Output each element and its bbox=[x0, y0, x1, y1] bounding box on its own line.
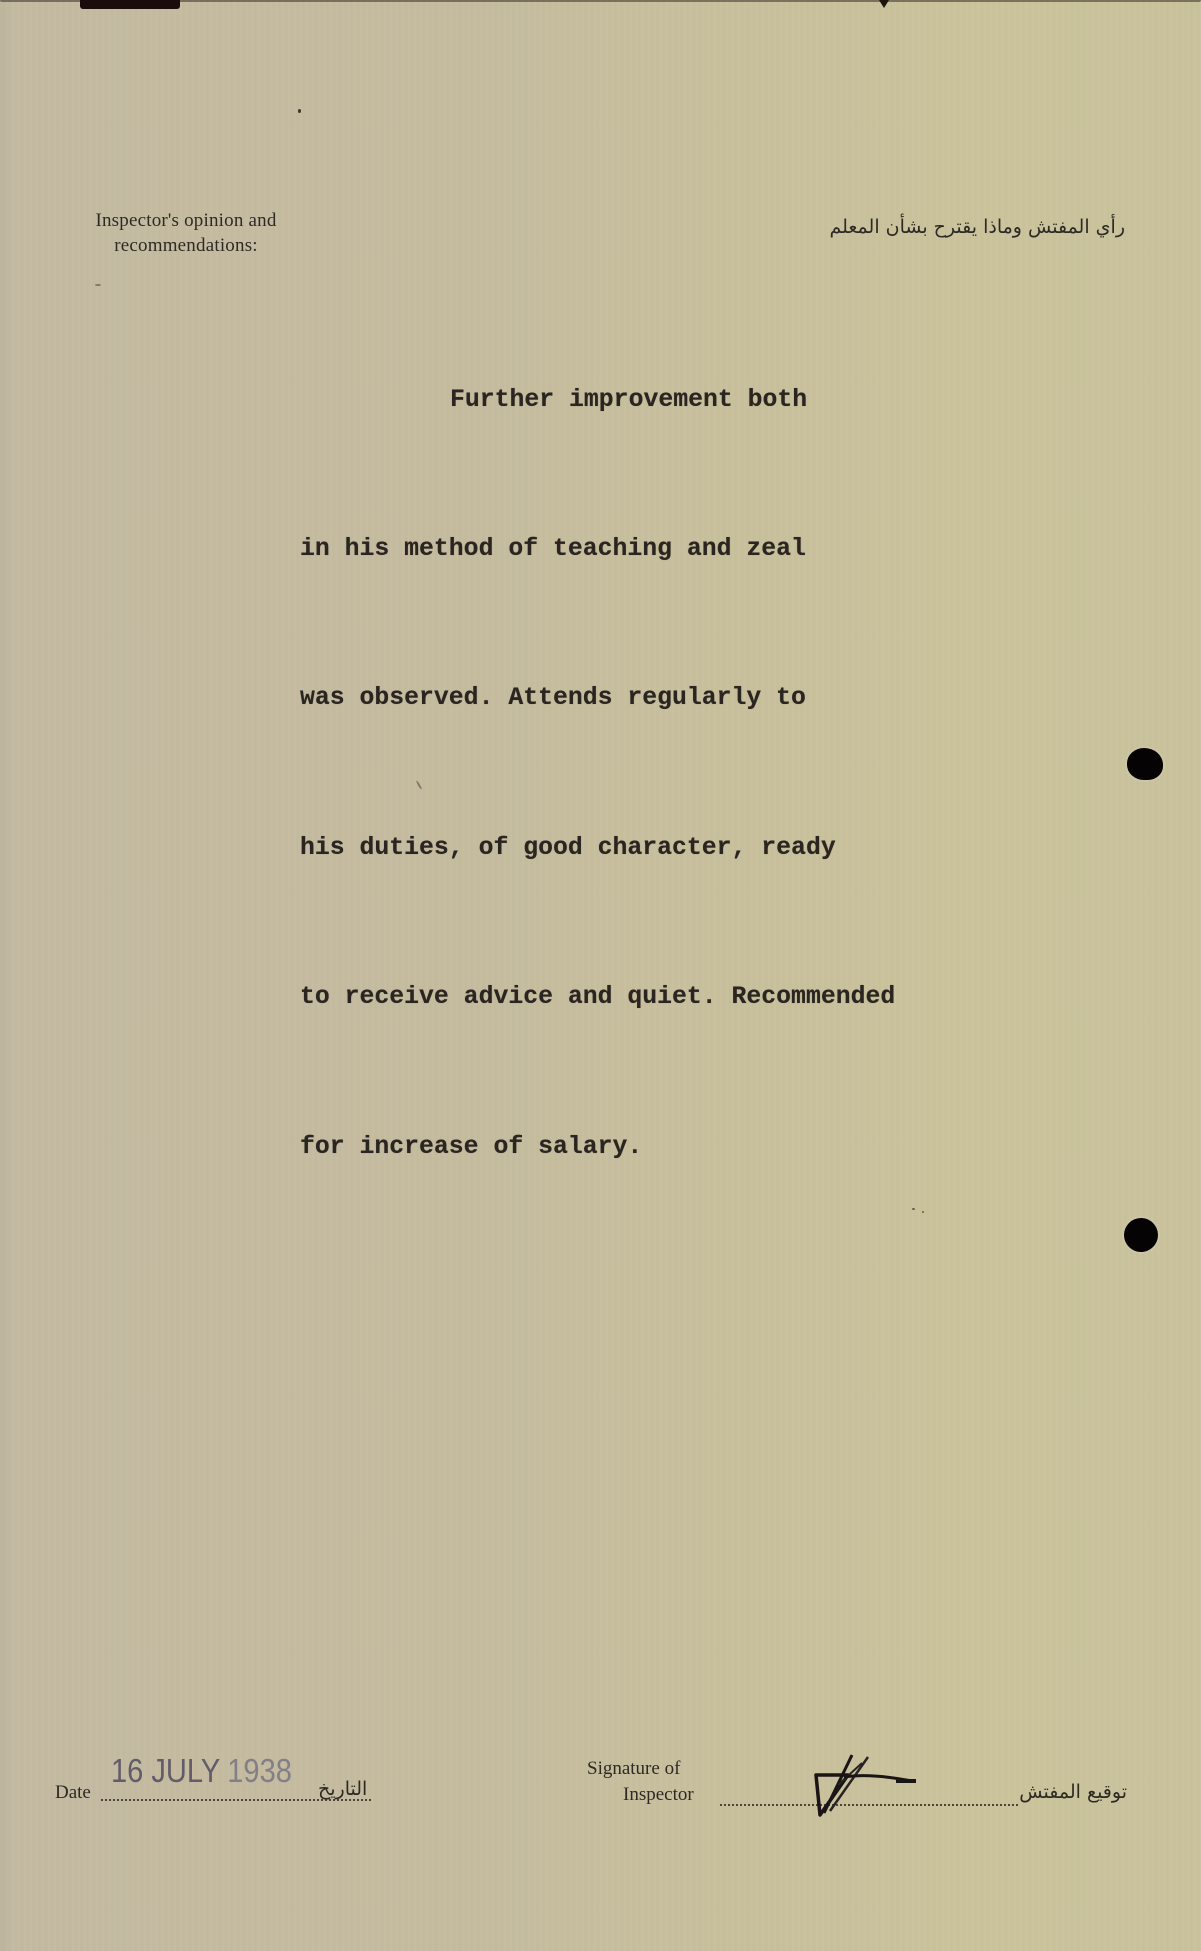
paper-speck bbox=[912, 1208, 915, 1210]
signature-label: Signature of Inspector bbox=[587, 1756, 694, 1808]
paper-speck bbox=[95, 284, 101, 286]
date-stamp-month: JULY bbox=[151, 1752, 220, 1789]
opinion-label-line2: recommendations: bbox=[58, 233, 314, 258]
date-label-arabic: التاريخ bbox=[318, 1778, 367, 1800]
top-edge-shadow bbox=[0, 0, 1201, 2]
date-label: Date bbox=[55, 1782, 91, 1804]
punch-hole-icon bbox=[1124, 1218, 1158, 1252]
typed-line: his duties, of good character, ready bbox=[300, 824, 895, 874]
signature-scribble-icon bbox=[800, 1745, 940, 1820]
typed-line: to receive advice and quiet. Recommended bbox=[300, 973, 895, 1023]
opinion-label-arabic: رأي المفتش وماذا يقترح بشأن المعلم bbox=[829, 216, 1125, 238]
typewritten-opinion: Further improvement both in his method o… bbox=[300, 276, 895, 1272]
punch-hole-icon bbox=[1127, 748, 1163, 780]
signature-label-arabic: توقيع المفتش bbox=[1019, 1781, 1127, 1803]
top-edge-notch bbox=[879, 0, 889, 8]
opinion-label: Inspector's opinion and recommendations: bbox=[58, 208, 314, 258]
date-stamp-year: 1938 bbox=[227, 1752, 292, 1789]
document-page: Inspector's opinion and recommendations:… bbox=[0, 0, 1201, 1951]
typed-line: Further improvement both bbox=[300, 376, 895, 426]
typed-line: for increase of salary. bbox=[300, 1123, 895, 1173]
date-stamp: 16 JULY1938 bbox=[111, 1752, 292, 1790]
date-stamp-day: 16 bbox=[111, 1752, 143, 1789]
typed-line: in his method of teaching and zeal bbox=[300, 525, 895, 575]
paper-speck bbox=[922, 1211, 924, 1213]
top-edge-clip-shadow bbox=[80, 0, 180, 9]
signature-label-line1: Signature of bbox=[587, 1758, 680, 1779]
paper-speck bbox=[298, 109, 301, 113]
opinion-label-line1: Inspector's opinion and bbox=[58, 208, 314, 233]
typed-line: was observed. Attends regularly to bbox=[300, 674, 895, 724]
signature-label-line2: Inspector bbox=[587, 1782, 694, 1808]
